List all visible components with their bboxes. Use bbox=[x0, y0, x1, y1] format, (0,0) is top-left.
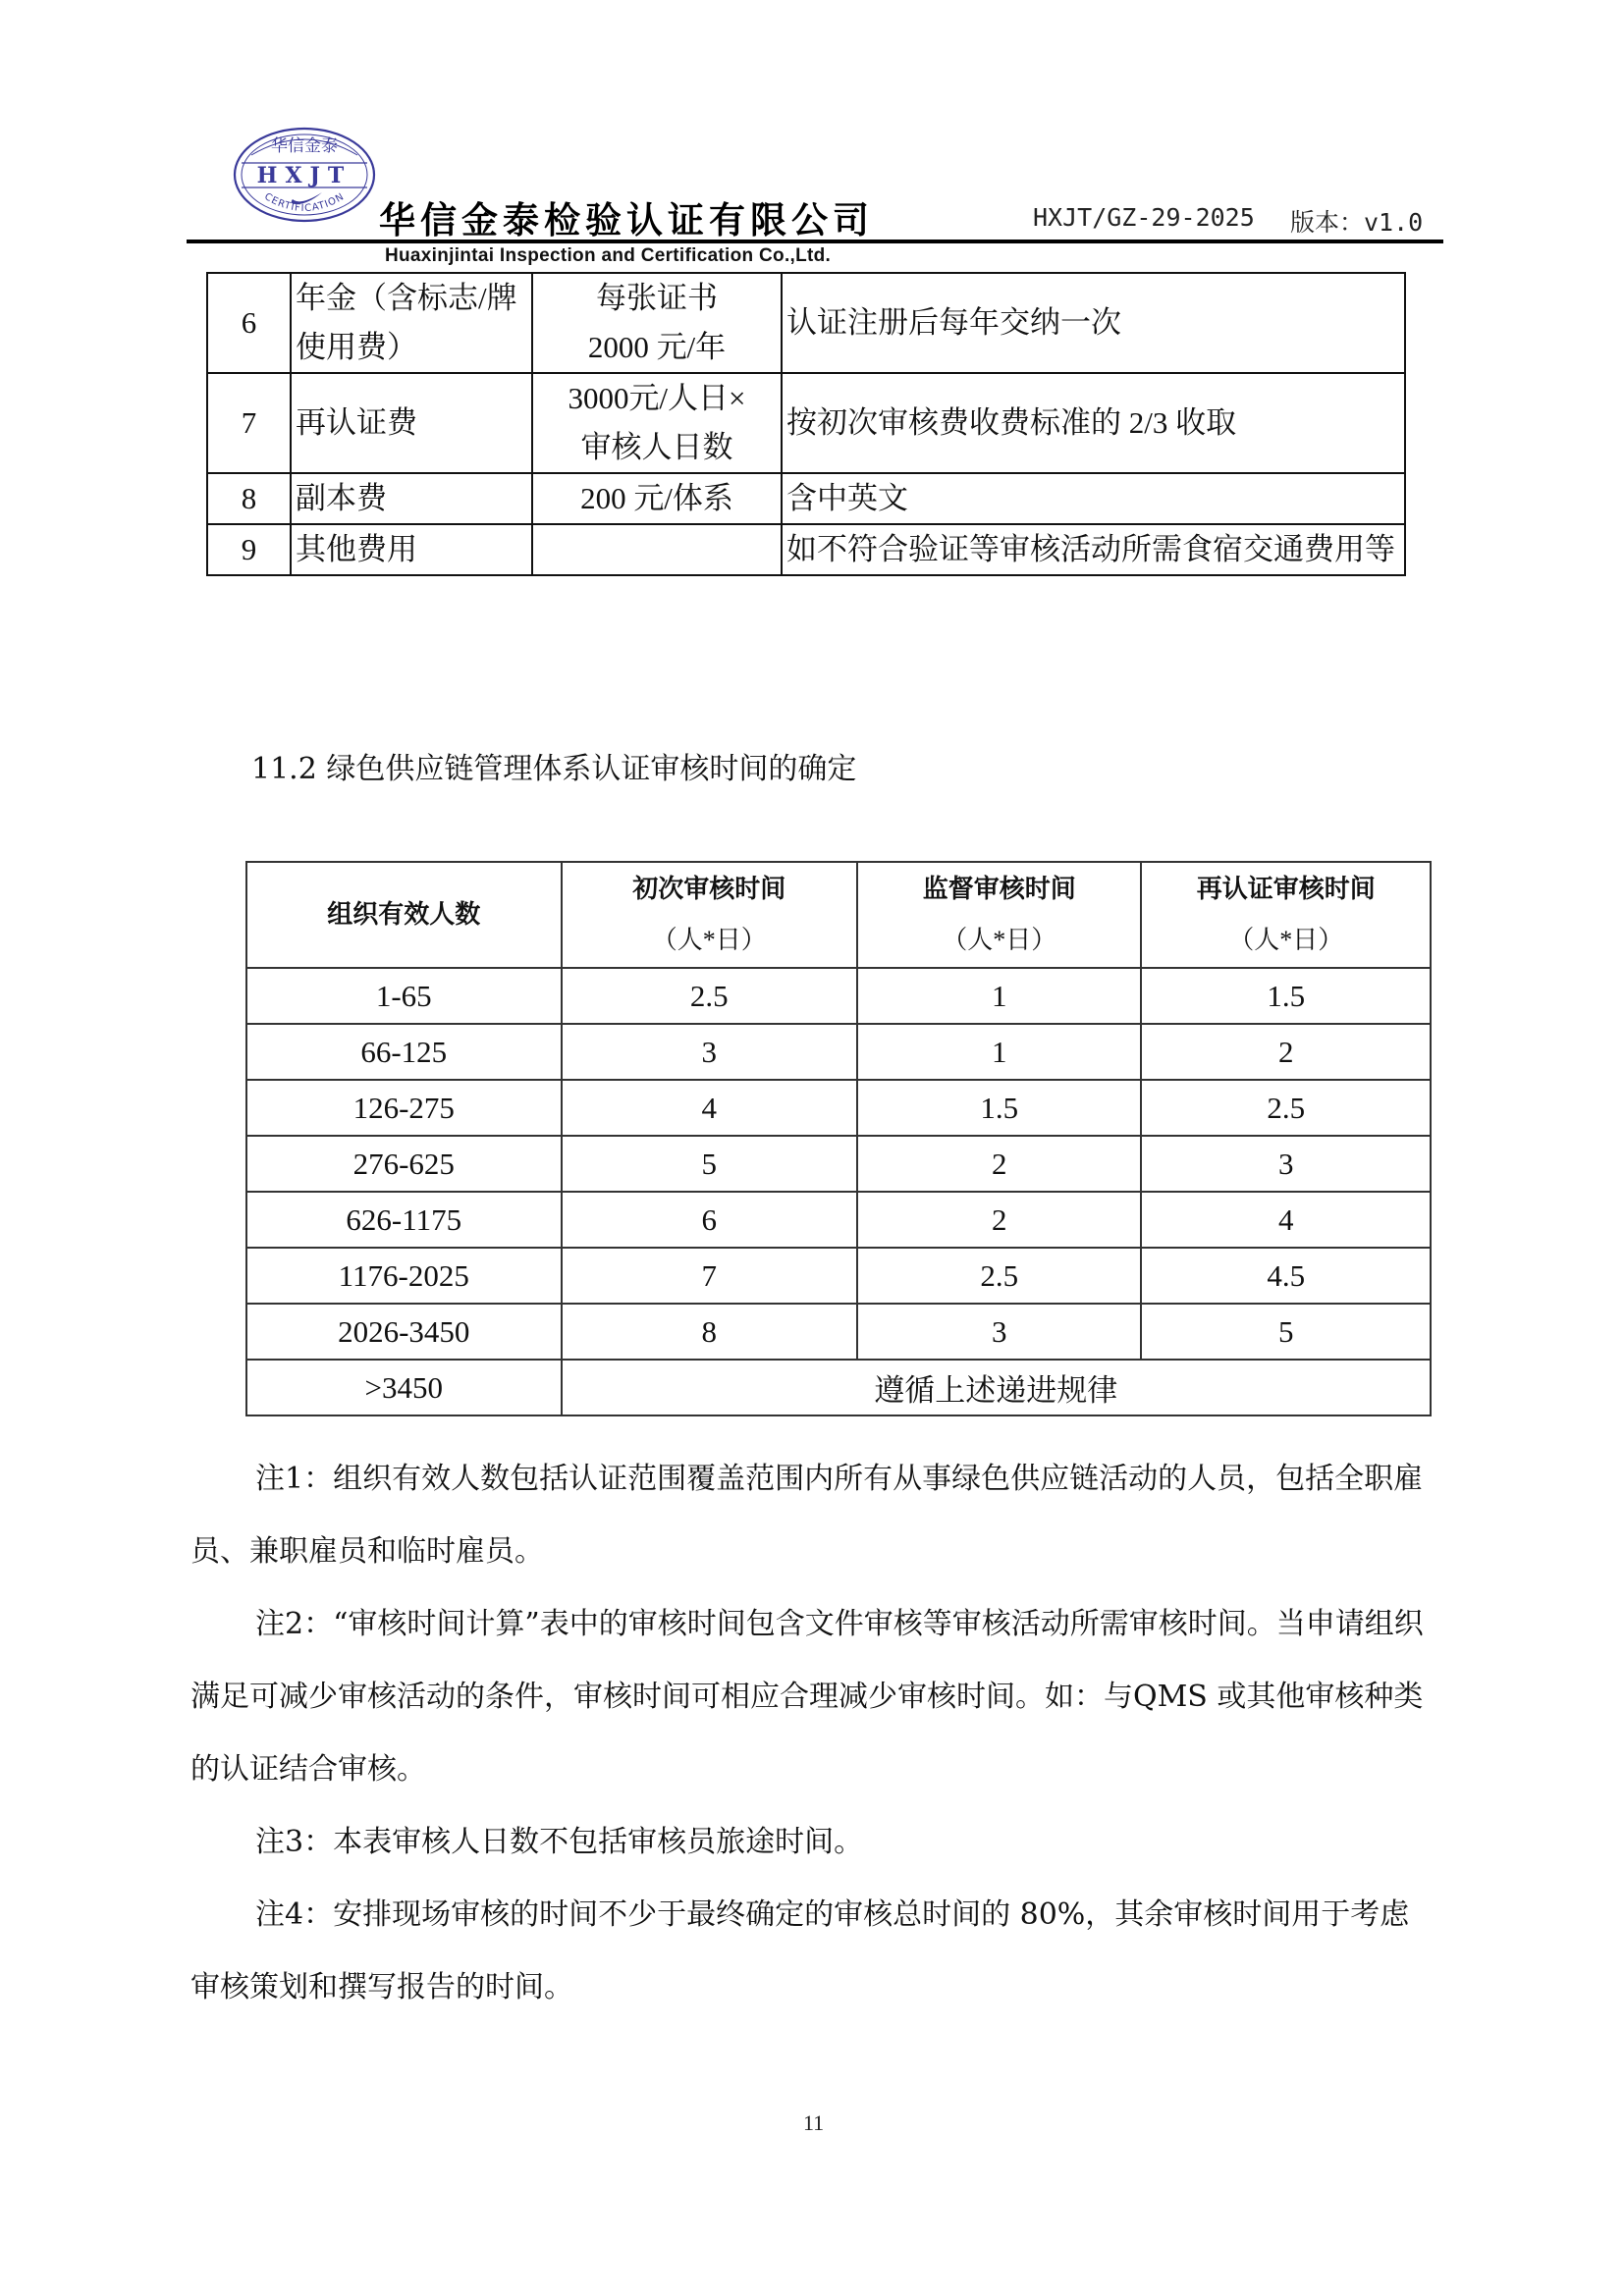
row-number: 8 bbox=[207, 473, 291, 524]
recert-audit-days: 5 bbox=[1141, 1304, 1431, 1360]
table-row: 6 年金（含标志/牌使用费） 每张证书 2000 元/年 认证注册后每年交纳一次 bbox=[207, 273, 1405, 373]
note-2: 注2：“审核时间计算”表中的审核时间包含文件审核等审核活动所需审核时间。当申请组… bbox=[190, 1588, 1437, 1806]
column-header-surveillance: 监督审核时间 （人*日） bbox=[857, 862, 1142, 968]
recert-audit-days: 1.5 bbox=[1141, 968, 1431, 1024]
column-header-recertification: 再认证审核时间 （人*日） bbox=[1141, 862, 1431, 968]
initial-audit-days: 5 bbox=[562, 1136, 857, 1192]
table-row: >3450 遵循上述递进规律 bbox=[246, 1360, 1431, 1415]
progressive-rule-note: 遵循上述递进规律 bbox=[562, 1360, 1432, 1415]
recert-audit-days: 2.5 bbox=[1141, 1080, 1431, 1136]
fee-standard-line1: 3000元/人日× bbox=[537, 374, 777, 423]
headcount-range: 276-625 bbox=[246, 1136, 562, 1192]
headcount-range: 66-125 bbox=[246, 1024, 562, 1080]
note-1: 注1：组织有效人数包括认证范围覆盖范围内所有从事绿色供应链活动的人员，包括全职雇… bbox=[190, 1443, 1437, 1588]
svg-text:HXJT: HXJT bbox=[257, 163, 352, 188]
headcount-range: 1-65 bbox=[246, 968, 562, 1024]
fee-item: 年金（含标志/牌使用费） bbox=[291, 273, 532, 373]
fee-standard: 每张证书 2000 元/年 bbox=[532, 273, 782, 373]
fee-standard-line2: 2000 元/年 bbox=[537, 323, 777, 372]
surveillance-audit-days: 2 bbox=[857, 1192, 1142, 1248]
audit-time-table: 组织有效人数 初次审核时间 （人*日） 监督审核时间 （人*日） 再认证审核时间… bbox=[245, 861, 1432, 1416]
initial-audit-days: 6 bbox=[562, 1192, 857, 1248]
company-name-en: Huaxinjintai Inspection and Certificatio… bbox=[385, 245, 831, 267]
row-number: 9 bbox=[207, 524, 291, 575]
headcount-range: 126-275 bbox=[246, 1080, 562, 1136]
note-3: 注3：本表审核人日数不包括审核员旅途时间。 bbox=[190, 1806, 1437, 1879]
column-header-initial: 初次审核时间 （人*日） bbox=[562, 862, 857, 968]
hxjt-certification-logo-icon: 华信金泰 HXJT CERTIFICATION bbox=[232, 126, 377, 224]
recert-audit-days: 4 bbox=[1141, 1192, 1431, 1248]
surveillance-audit-days: 1 bbox=[857, 1024, 1142, 1080]
fee-item: 再认证费 bbox=[291, 373, 532, 473]
fee-standard: 200 元/体系 bbox=[532, 473, 782, 524]
table-row: 7 再认证费 3000元/人日× 审核人日数 按初次审核费收费标准的 2/3 收… bbox=[207, 373, 1405, 473]
headcount-range: 1176-2025 bbox=[246, 1248, 562, 1304]
table-row: 8 副本费 200 元/体系 含中英文 bbox=[207, 473, 1405, 524]
note-4: 注4：安排现场审核的时间不少于最终确定的审核总时间的 80%，其余审核时间用于考… bbox=[190, 1879, 1437, 2024]
table-row: 1-65 2.5 1 1.5 bbox=[246, 968, 1431, 1024]
document-version: 版本：v1.0 bbox=[1290, 203, 1423, 239]
fee-item: 副本费 bbox=[291, 473, 532, 524]
surveillance-audit-days: 1 bbox=[857, 968, 1142, 1024]
company-name-cn: 华信金泰检验认证有限公司 bbox=[379, 190, 874, 243]
fee-standard: 3000元/人日× 审核人日数 bbox=[532, 373, 782, 473]
fee-note: 按初次审核费收费标准的 2/3 收取 bbox=[782, 373, 1405, 473]
surveillance-audit-days: 3 bbox=[857, 1304, 1142, 1360]
section-title: 11.2 绿色供应链管理体系认证审核时间的确定 bbox=[251, 744, 856, 787]
surveillance-audit-days: 2 bbox=[857, 1136, 1142, 1192]
fee-standard bbox=[532, 524, 782, 575]
initial-audit-days: 4 bbox=[562, 1080, 857, 1136]
table-header-row: 组织有效人数 初次审核时间 （人*日） 监督审核时间 （人*日） 再认证审核时间… bbox=[246, 862, 1431, 968]
table-row: 9 其他费用 如不符合验证等审核活动所需食宿交通费用等 bbox=[207, 524, 1405, 575]
initial-audit-days: 7 bbox=[562, 1248, 857, 1304]
svg-text:华信金泰: 华信金泰 bbox=[271, 136, 338, 156]
notes-section: 注1：组织有效人数包括认证范围覆盖范围内所有从事绿色供应链活动的人员，包括全职雇… bbox=[190, 1443, 1437, 2024]
initial-audit-days: 3 bbox=[562, 1024, 857, 1080]
table-row: 126-275 4 1.5 2.5 bbox=[246, 1080, 1431, 1136]
fee-item: 其他费用 bbox=[291, 524, 532, 575]
recert-audit-days: 2 bbox=[1141, 1024, 1431, 1080]
table-row: 1176-2025 7 2.5 4.5 bbox=[246, 1248, 1431, 1304]
initial-audit-days: 2.5 bbox=[562, 968, 857, 1024]
fee-note: 认证注册后每年交纳一次 bbox=[782, 273, 1405, 373]
table-row: 2026-3450 8 3 5 bbox=[246, 1304, 1431, 1360]
headcount-range: 2026-3450 bbox=[246, 1304, 562, 1360]
surveillance-audit-days: 2.5 bbox=[857, 1248, 1142, 1304]
header-rule bbox=[187, 240, 1443, 243]
company-logo: 华信金泰 HXJT CERTIFICATION bbox=[232, 126, 377, 224]
fee-table: 6 年金（含标志/牌使用费） 每张证书 2000 元/年 认证注册后每年交纳一次… bbox=[206, 272, 1406, 576]
column-header-headcount: 组织有效人数 bbox=[246, 862, 562, 968]
fee-note: 含中英文 bbox=[782, 473, 1405, 524]
recert-audit-days: 3 bbox=[1141, 1136, 1431, 1192]
table-row: 276-625 5 2 3 bbox=[246, 1136, 1431, 1192]
recert-audit-days: 4.5 bbox=[1141, 1248, 1431, 1304]
surveillance-audit-days: 1.5 bbox=[857, 1080, 1142, 1136]
headcount-range: >3450 bbox=[246, 1360, 562, 1415]
table-row: 66-125 3 1 2 bbox=[246, 1024, 1431, 1080]
fee-note: 如不符合验证等审核活动所需食宿交通费用等 bbox=[782, 524, 1405, 575]
row-number: 7 bbox=[207, 373, 291, 473]
fee-standard-line1: 每张证书 bbox=[537, 274, 777, 323]
document-code: HXJT/GZ-29-2025 bbox=[1033, 203, 1255, 232]
row-number: 6 bbox=[207, 273, 291, 373]
headcount-range: 626-1175 bbox=[246, 1192, 562, 1248]
table-row: 626-1175 6 2 4 bbox=[246, 1192, 1431, 1248]
fee-standard-line2: 审核人日数 bbox=[537, 423, 777, 472]
page-number: 11 bbox=[803, 2110, 824, 2136]
initial-audit-days: 8 bbox=[562, 1304, 857, 1360]
